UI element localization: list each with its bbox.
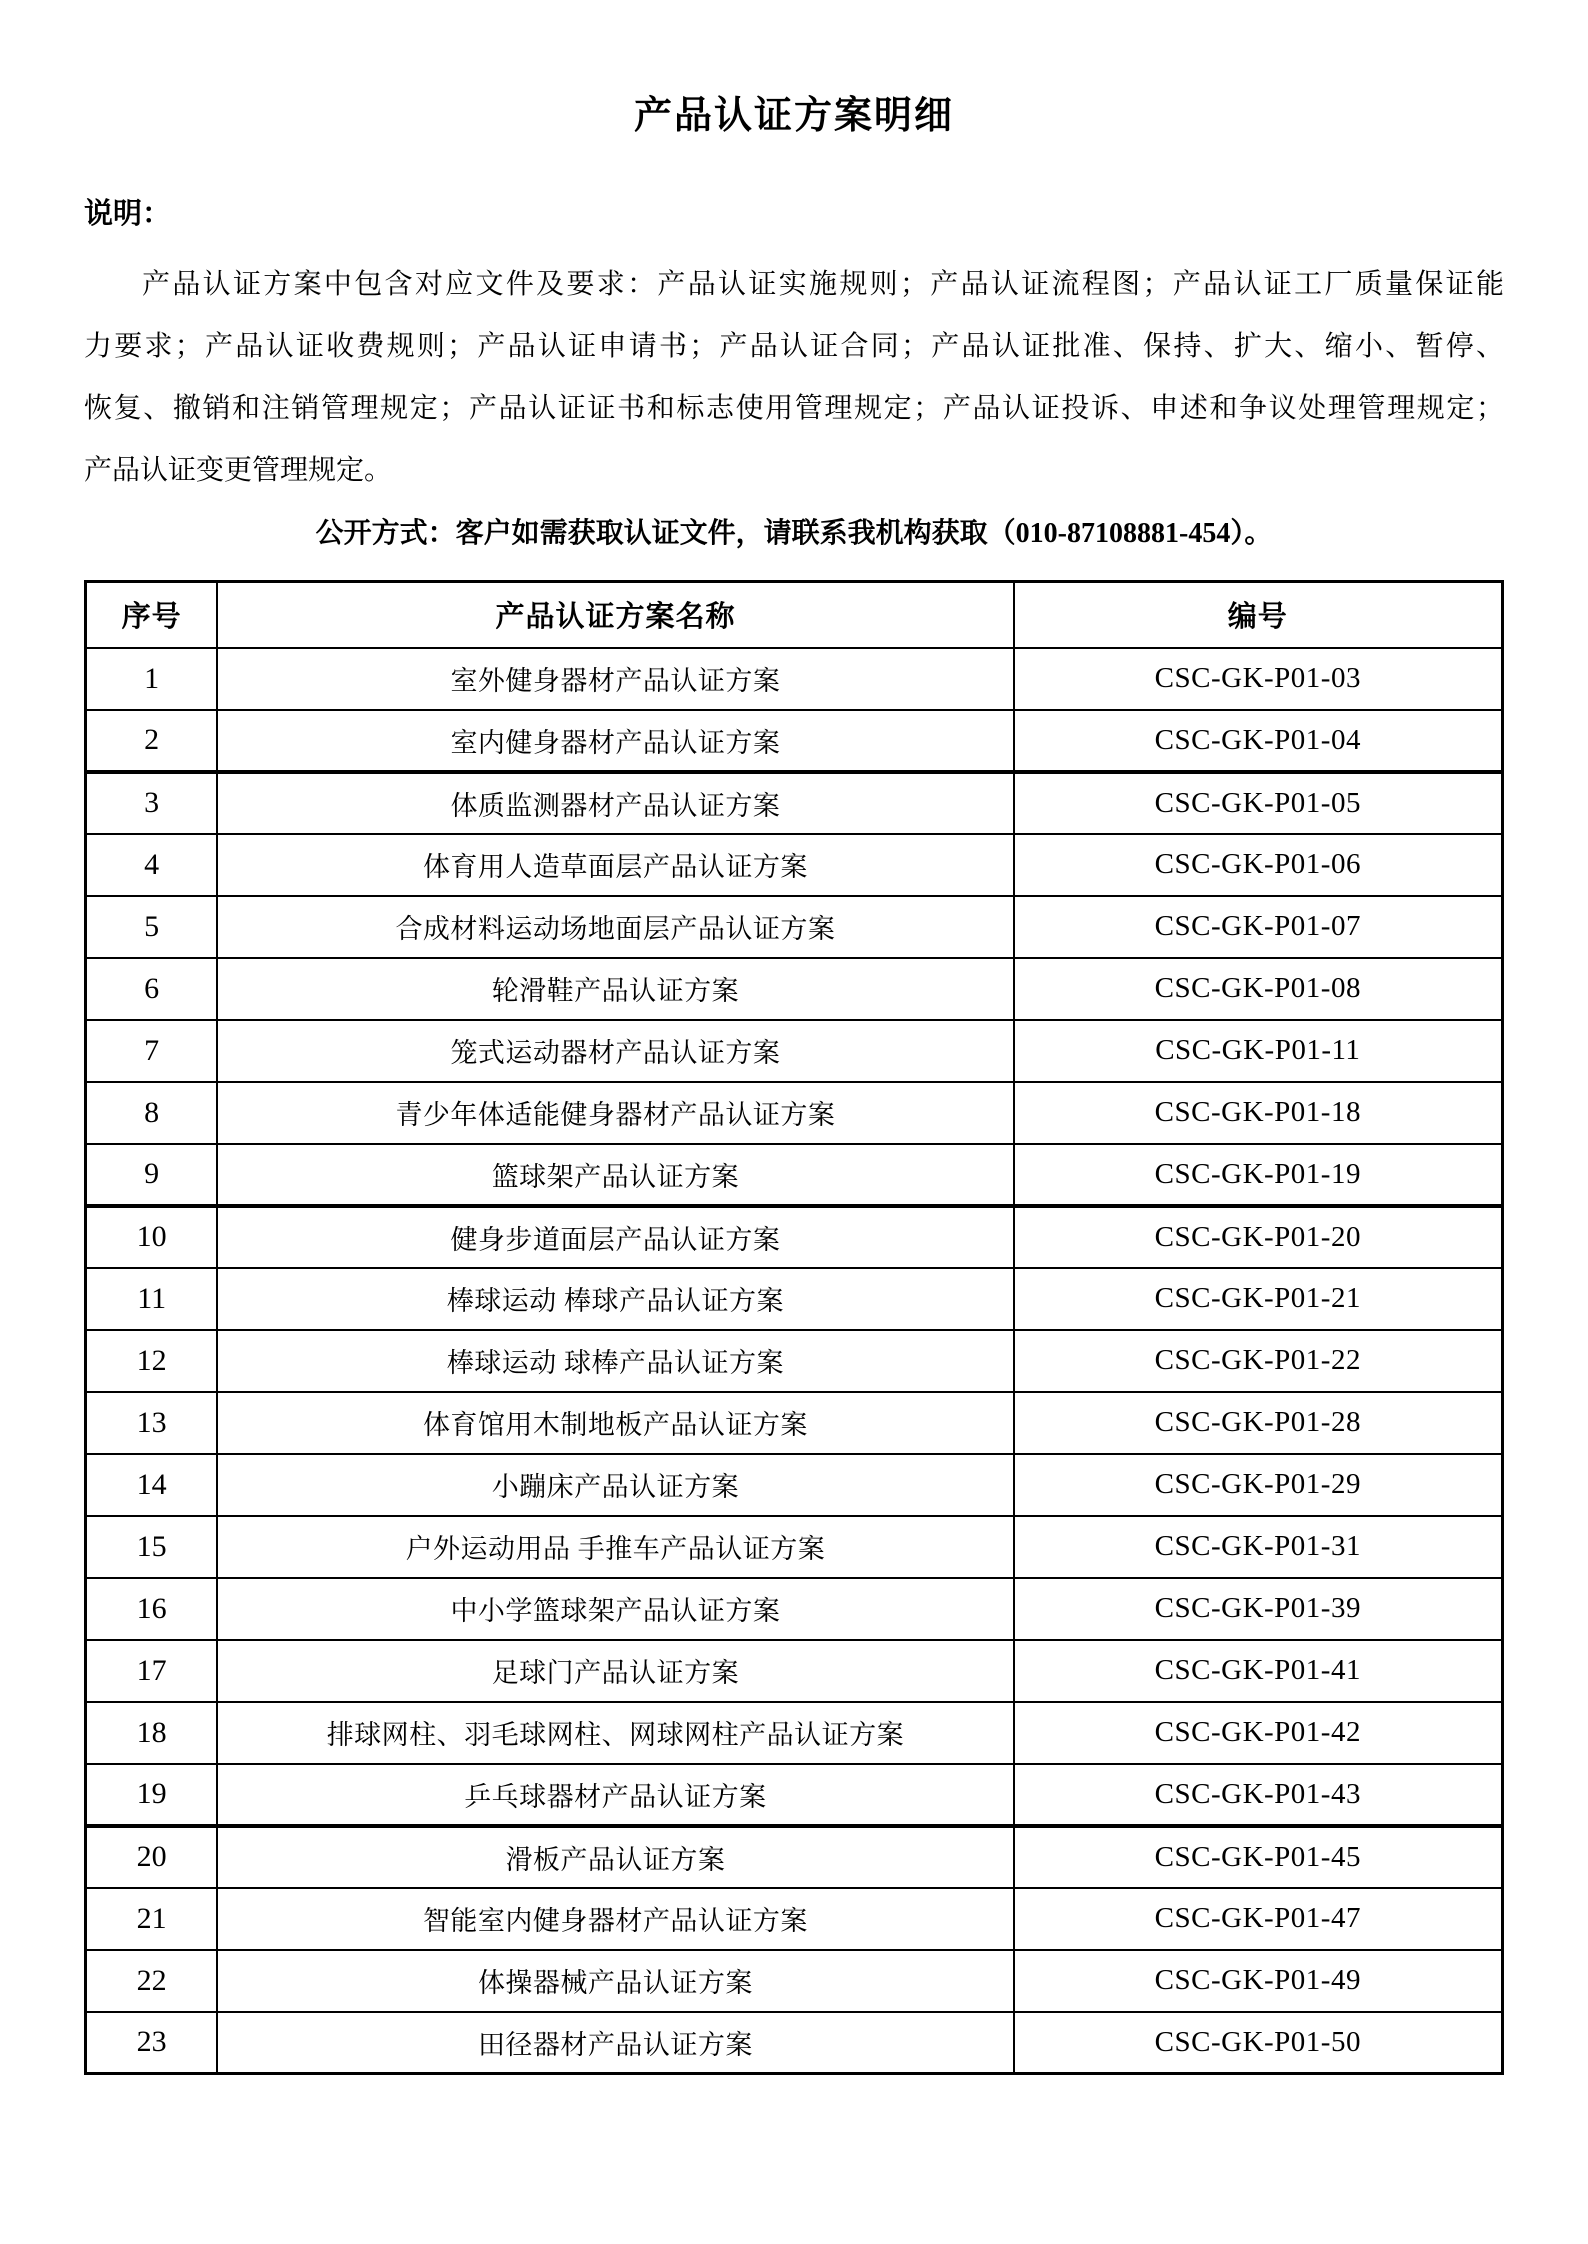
scheme-code: CSC-GK-P01-20 xyxy=(1014,1206,1503,1268)
description-line-2: 力要求；产品认证收费规则；产品认证申请书；产品认证合同；产品认证批准、保持、扩大… xyxy=(84,316,1504,378)
scheme-code: CSC-GK-P01-29 xyxy=(1014,1454,1503,1516)
description-line-3: 恢复、撤销和注销管理规定；产品认证证书和标志使用管理规定；产品认证投诉、申述和争… xyxy=(84,378,1504,440)
scheme-name: 智能室内健身器材产品认证方案 xyxy=(217,1888,1013,1950)
table-row: 7 笼式运动器材产品认证方案 CSC-GK-P01-11 xyxy=(86,1020,1503,1082)
row-index: 6 xyxy=(86,958,218,1020)
scheme-code: CSC-GK-P01-11 xyxy=(1014,1020,1503,1082)
scheme-name: 棒球运动 球棒产品认证方案 xyxy=(217,1330,1013,1392)
disclosure-statement: 公开方式：客户如需获取认证文件，请联系我机构获取（010-87108881-45… xyxy=(84,504,1504,564)
scheme-name: 健身步道面层产品认证方案 xyxy=(217,1206,1013,1268)
scheme-name: 青少年体适能健身器材产品认证方案 xyxy=(217,1082,1013,1144)
scheme-name: 笼式运动器材产品认证方案 xyxy=(217,1020,1013,1082)
scheme-code: CSC-GK-P01-19 xyxy=(1014,1144,1503,1206)
description-line-4: 产品认证变更管理规定。 xyxy=(84,440,1504,502)
table-row: 21 智能室内健身器材产品认证方案 CSC-GK-P01-47 xyxy=(86,1888,1503,1950)
scheme-code: CSC-GK-P01-03 xyxy=(1014,648,1503,710)
col-header-index: 序号 xyxy=(86,582,218,648)
scheme-code: CSC-GK-P01-07 xyxy=(1014,896,1503,958)
scheme-code: CSC-GK-P01-45 xyxy=(1014,1826,1503,1888)
table-row: 19 乒乓球器材产品认证方案 CSC-GK-P01-43 xyxy=(86,1764,1503,1826)
scheme-name: 体育馆用木制地板产品认证方案 xyxy=(217,1392,1013,1454)
scheme-name: 体育用人造草面层产品认证方案 xyxy=(217,834,1013,896)
scheme-code: CSC-GK-P01-05 xyxy=(1014,772,1503,834)
scheme-name: 足球门产品认证方案 xyxy=(217,1640,1013,1702)
table-row: 18 排球网柱、羽毛球网柱、网球网柱产品认证方案 CSC-GK-P01-42 xyxy=(86,1702,1503,1764)
table-row: 2 室内健身器材产品认证方案 CSC-GK-P01-04 xyxy=(86,710,1503,772)
description-line-1: 产品认证方案中包含对应文件及要求：产品认证实施规则；产品认证流程图；产品认证工厂… xyxy=(84,254,1504,316)
scheme-name: 室内健身器材产品认证方案 xyxy=(217,710,1013,772)
scheme-name: 滑板产品认证方案 xyxy=(217,1826,1013,1888)
row-index: 7 xyxy=(86,1020,218,1082)
row-index: 12 xyxy=(86,1330,218,1392)
row-index: 2 xyxy=(86,710,218,772)
scheme-name: 合成材料运动场地面层产品认证方案 xyxy=(217,896,1013,958)
scheme-code: CSC-GK-P01-18 xyxy=(1014,1082,1503,1144)
scheme-code: CSC-GK-P01-08 xyxy=(1014,958,1503,1020)
scheme-code: CSC-GK-P01-28 xyxy=(1014,1392,1503,1454)
scheme-name: 户外运动用品 手推车产品认证方案 xyxy=(217,1516,1013,1578)
table-row: 23 田径器材产品认证方案 CSC-GK-P01-50 xyxy=(86,2012,1503,2074)
scheme-code: CSC-GK-P01-31 xyxy=(1014,1516,1503,1578)
table-row: 16 中小学篮球架产品认证方案 CSC-GK-P01-39 xyxy=(86,1578,1503,1640)
scheme-name: 小蹦床产品认证方案 xyxy=(217,1454,1013,1516)
scheme-name: 体质监测器材产品认证方案 xyxy=(217,772,1013,834)
table-row: 8 青少年体适能健身器材产品认证方案 CSC-GK-P01-18 xyxy=(86,1082,1503,1144)
row-index: 20 xyxy=(86,1826,218,1888)
row-index: 9 xyxy=(86,1144,218,1206)
scheme-name: 乒乓球器材产品认证方案 xyxy=(217,1764,1013,1826)
row-index: 23 xyxy=(86,2012,218,2074)
scheme-code: CSC-GK-P01-50 xyxy=(1014,2012,1503,2074)
col-header-name: 产品认证方案名称 xyxy=(217,582,1013,648)
row-index: 22 xyxy=(86,1950,218,2012)
description-paragraph: 产品认证方案中包含对应文件及要求：产品认证实施规则；产品认证流程图；产品认证工厂… xyxy=(84,254,1504,502)
row-index: 13 xyxy=(86,1392,218,1454)
table-row: 17 足球门产品认证方案 CSC-GK-P01-41 xyxy=(86,1640,1503,1702)
row-index: 18 xyxy=(86,1702,218,1764)
row-index: 5 xyxy=(86,896,218,958)
scheme-name: 体操器械产品认证方案 xyxy=(217,1950,1013,2012)
row-index: 14 xyxy=(86,1454,218,1516)
table-row: 4 体育用人造草面层产品认证方案 CSC-GK-P01-06 xyxy=(86,834,1503,896)
row-index: 4 xyxy=(86,834,218,896)
row-index: 19 xyxy=(86,1764,218,1826)
scheme-name: 田径器材产品认证方案 xyxy=(217,2012,1013,2074)
col-header-code: 编号 xyxy=(1014,582,1503,648)
row-index: 10 xyxy=(86,1206,218,1268)
row-index: 16 xyxy=(86,1578,218,1640)
scheme-code: CSC-GK-P01-06 xyxy=(1014,834,1503,896)
scheme-name: 中小学篮球架产品认证方案 xyxy=(217,1578,1013,1640)
scheme-code: CSC-GK-P01-42 xyxy=(1014,1702,1503,1764)
row-index: 1 xyxy=(86,648,218,710)
scheme-code: CSC-GK-P01-43 xyxy=(1014,1764,1503,1826)
scheme-name: 排球网柱、羽毛球网柱、网球网柱产品认证方案 xyxy=(217,1702,1013,1764)
scheme-code: CSC-GK-P01-39 xyxy=(1014,1578,1503,1640)
scheme-name: 篮球架产品认证方案 xyxy=(217,1144,1013,1206)
table-row: 9 篮球架产品认证方案 CSC-GK-P01-19 xyxy=(86,1144,1503,1206)
table-row: 1 室外健身器材产品认证方案 CSC-GK-P01-03 xyxy=(86,648,1503,710)
scheme-table: 序号 产品认证方案名称 编号 1 室外健身器材产品认证方案 CSC-GK-P01… xyxy=(84,580,1504,2075)
scheme-code: CSC-GK-P01-49 xyxy=(1014,1950,1503,2012)
table-row: 20 滑板产品认证方案 CSC-GK-P01-45 xyxy=(86,1826,1503,1888)
scheme-code: CSC-GK-P01-22 xyxy=(1014,1330,1503,1392)
scheme-name: 室外健身器材产品认证方案 xyxy=(217,648,1013,710)
row-index: 15 xyxy=(86,1516,218,1578)
table-row: 10 健身步道面层产品认证方案 CSC-GK-P01-20 xyxy=(86,1206,1503,1268)
table-row: 22 体操器械产品认证方案 CSC-GK-P01-49 xyxy=(86,1950,1503,2012)
header-row: 序号 产品认证方案名称 编号 xyxy=(86,582,1503,648)
document-title: 产品认证方案明细 xyxy=(84,92,1504,140)
table-row: 11 棒球运动 棒球产品认证方案 CSC-GK-P01-21 xyxy=(86,1268,1503,1330)
scheme-table-body: 1 室外健身器材产品认证方案 CSC-GK-P01-03 2 室内健身器材产品认… xyxy=(86,648,1503,2074)
table-row: 6 轮滑鞋产品认证方案 CSC-GK-P01-08 xyxy=(86,958,1503,1020)
table-row: 14 小蹦床产品认证方案 CSC-GK-P01-29 xyxy=(86,1454,1503,1516)
row-index: 21 xyxy=(86,1888,218,1950)
table-row: 3 体质监测器材产品认证方案 CSC-GK-P01-05 xyxy=(86,772,1503,834)
scheme-code: CSC-GK-P01-41 xyxy=(1014,1640,1503,1702)
table-row: 12 棒球运动 球棒产品认证方案 CSC-GK-P01-22 xyxy=(86,1330,1503,1392)
table-row: 5 合成材料运动场地面层产品认证方案 CSC-GK-P01-07 xyxy=(86,896,1503,958)
note-label: 说明： xyxy=(84,194,1504,234)
scheme-code: CSC-GK-P01-47 xyxy=(1014,1888,1503,1950)
row-index: 11 xyxy=(86,1268,218,1330)
scheme-table-header: 序号 产品认证方案名称 编号 xyxy=(86,582,1503,648)
row-index: 17 xyxy=(86,1640,218,1702)
scheme-name: 棒球运动 棒球产品认证方案 xyxy=(217,1268,1013,1330)
row-index: 3 xyxy=(86,772,218,834)
table-row: 15 户外运动用品 手推车产品认证方案 CSC-GK-P01-31 xyxy=(86,1516,1503,1578)
row-index: 8 xyxy=(86,1082,218,1144)
table-row: 13 体育馆用木制地板产品认证方案 CSC-GK-P01-28 xyxy=(86,1392,1503,1454)
scheme-code: CSC-GK-P01-21 xyxy=(1014,1268,1503,1330)
scheme-code: CSC-GK-P01-04 xyxy=(1014,710,1503,772)
document-page: 产品认证方案明细 说明： 产品认证方案中包含对应文件及要求：产品认证实施规则；产… xyxy=(0,0,1588,2244)
scheme-name: 轮滑鞋产品认证方案 xyxy=(217,958,1013,1020)
